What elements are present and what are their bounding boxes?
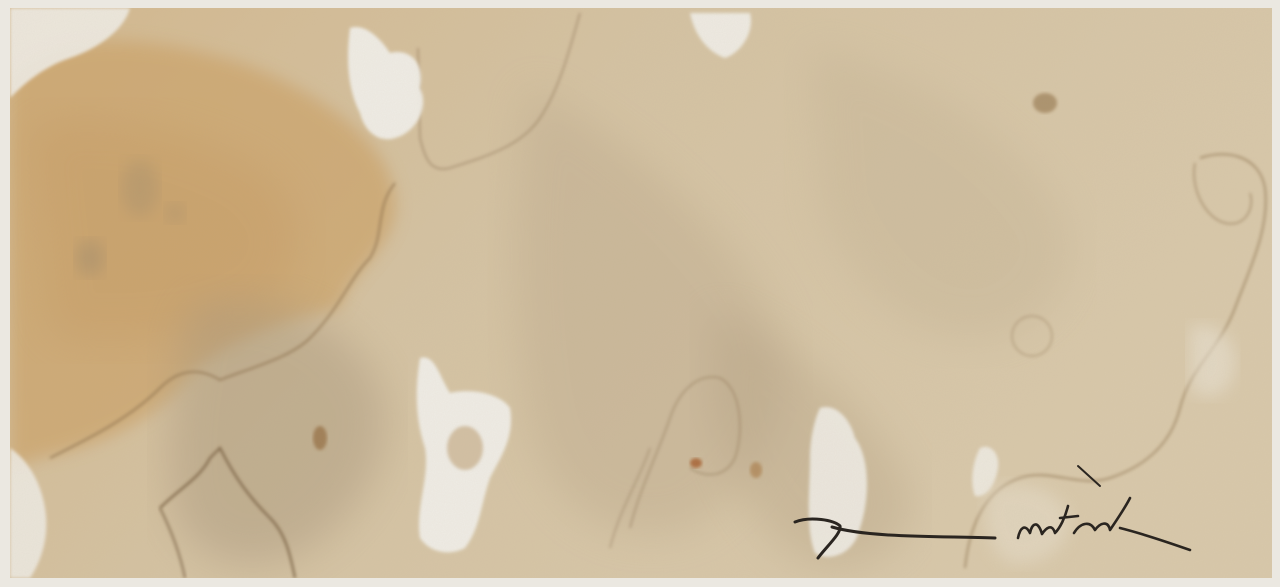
stained-paper-artwork [10,8,1272,578]
